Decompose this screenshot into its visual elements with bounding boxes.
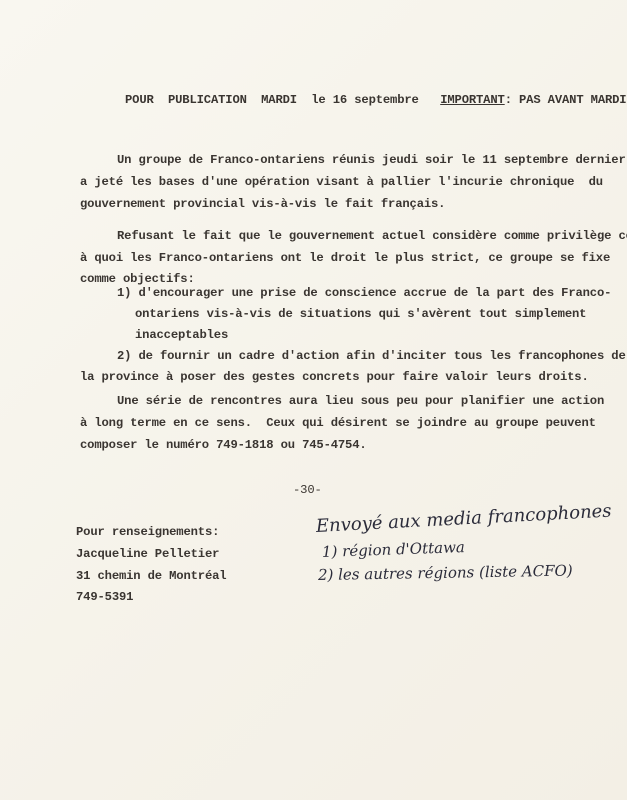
contact-label: Pour renseignements: — [76, 522, 219, 542]
important-text: : PAS AVANT MARDI — [505, 93, 627, 107]
paragraph-3-line: composer le numéro 749-1818 ou 745-4754. — [80, 435, 367, 455]
handwritten-note-line: 2) les autres régions (liste ACFO) — [318, 562, 573, 584]
objective-2-line: la province à poser des gestes concrets … — [80, 367, 589, 387]
handwritten-note-line: Envoyé aux media francophones — [315, 501, 612, 537]
paragraph-2-line: à quoi les Franco-ontariens ont le droit… — [80, 248, 610, 268]
paragraph-1-line: gouvernement provincial vis-à-vis le fai… — [80, 194, 445, 214]
end-mark: -30- — [293, 480, 322, 500]
objective-1-line: ontariens vis-à-vis de situations qui s'… — [135, 304, 586, 324]
objective-2-line: 2) de fournir un cadre d'action afin d'i… — [117, 346, 626, 366]
contact-phone: 749-5391 — [76, 587, 133, 607]
paragraph-2-line: Refusant le fait que le gouvernement act… — [117, 226, 627, 246]
document-page: POUR PUBLICATION MARDI le 16 septembre I… — [0, 0, 627, 800]
handwritten-note-line: 1) région d'Ottawa — [322, 538, 465, 561]
release-date: POUR PUBLICATION MARDI le 16 septembre — [125, 93, 440, 107]
paragraph-3-line: Une série de rencontres aura lieu sous p… — [117, 391, 604, 411]
paragraph-3-line: à long terme en ce sens. Ceux qui désire… — [80, 413, 596, 433]
objective-1-line: inacceptables — [135, 325, 228, 345]
contact-address: 31 chemin de Montréal — [76, 566, 226, 586]
important-label: IMPORTANT — [440, 93, 504, 107]
paragraph-1-line: a jeté les bases d'une opération visant … — [80, 172, 603, 192]
paragraph-1-line: Un groupe de Franco-ontariens réunis jeu… — [117, 150, 627, 170]
release-header: POUR PUBLICATION MARDI le 16 septembre I… — [125, 90, 626, 110]
objective-1-line: 1) d'encourager une prise de conscience … — [117, 283, 611, 303]
contact-name: Jacqueline Pelletier — [76, 544, 219, 564]
